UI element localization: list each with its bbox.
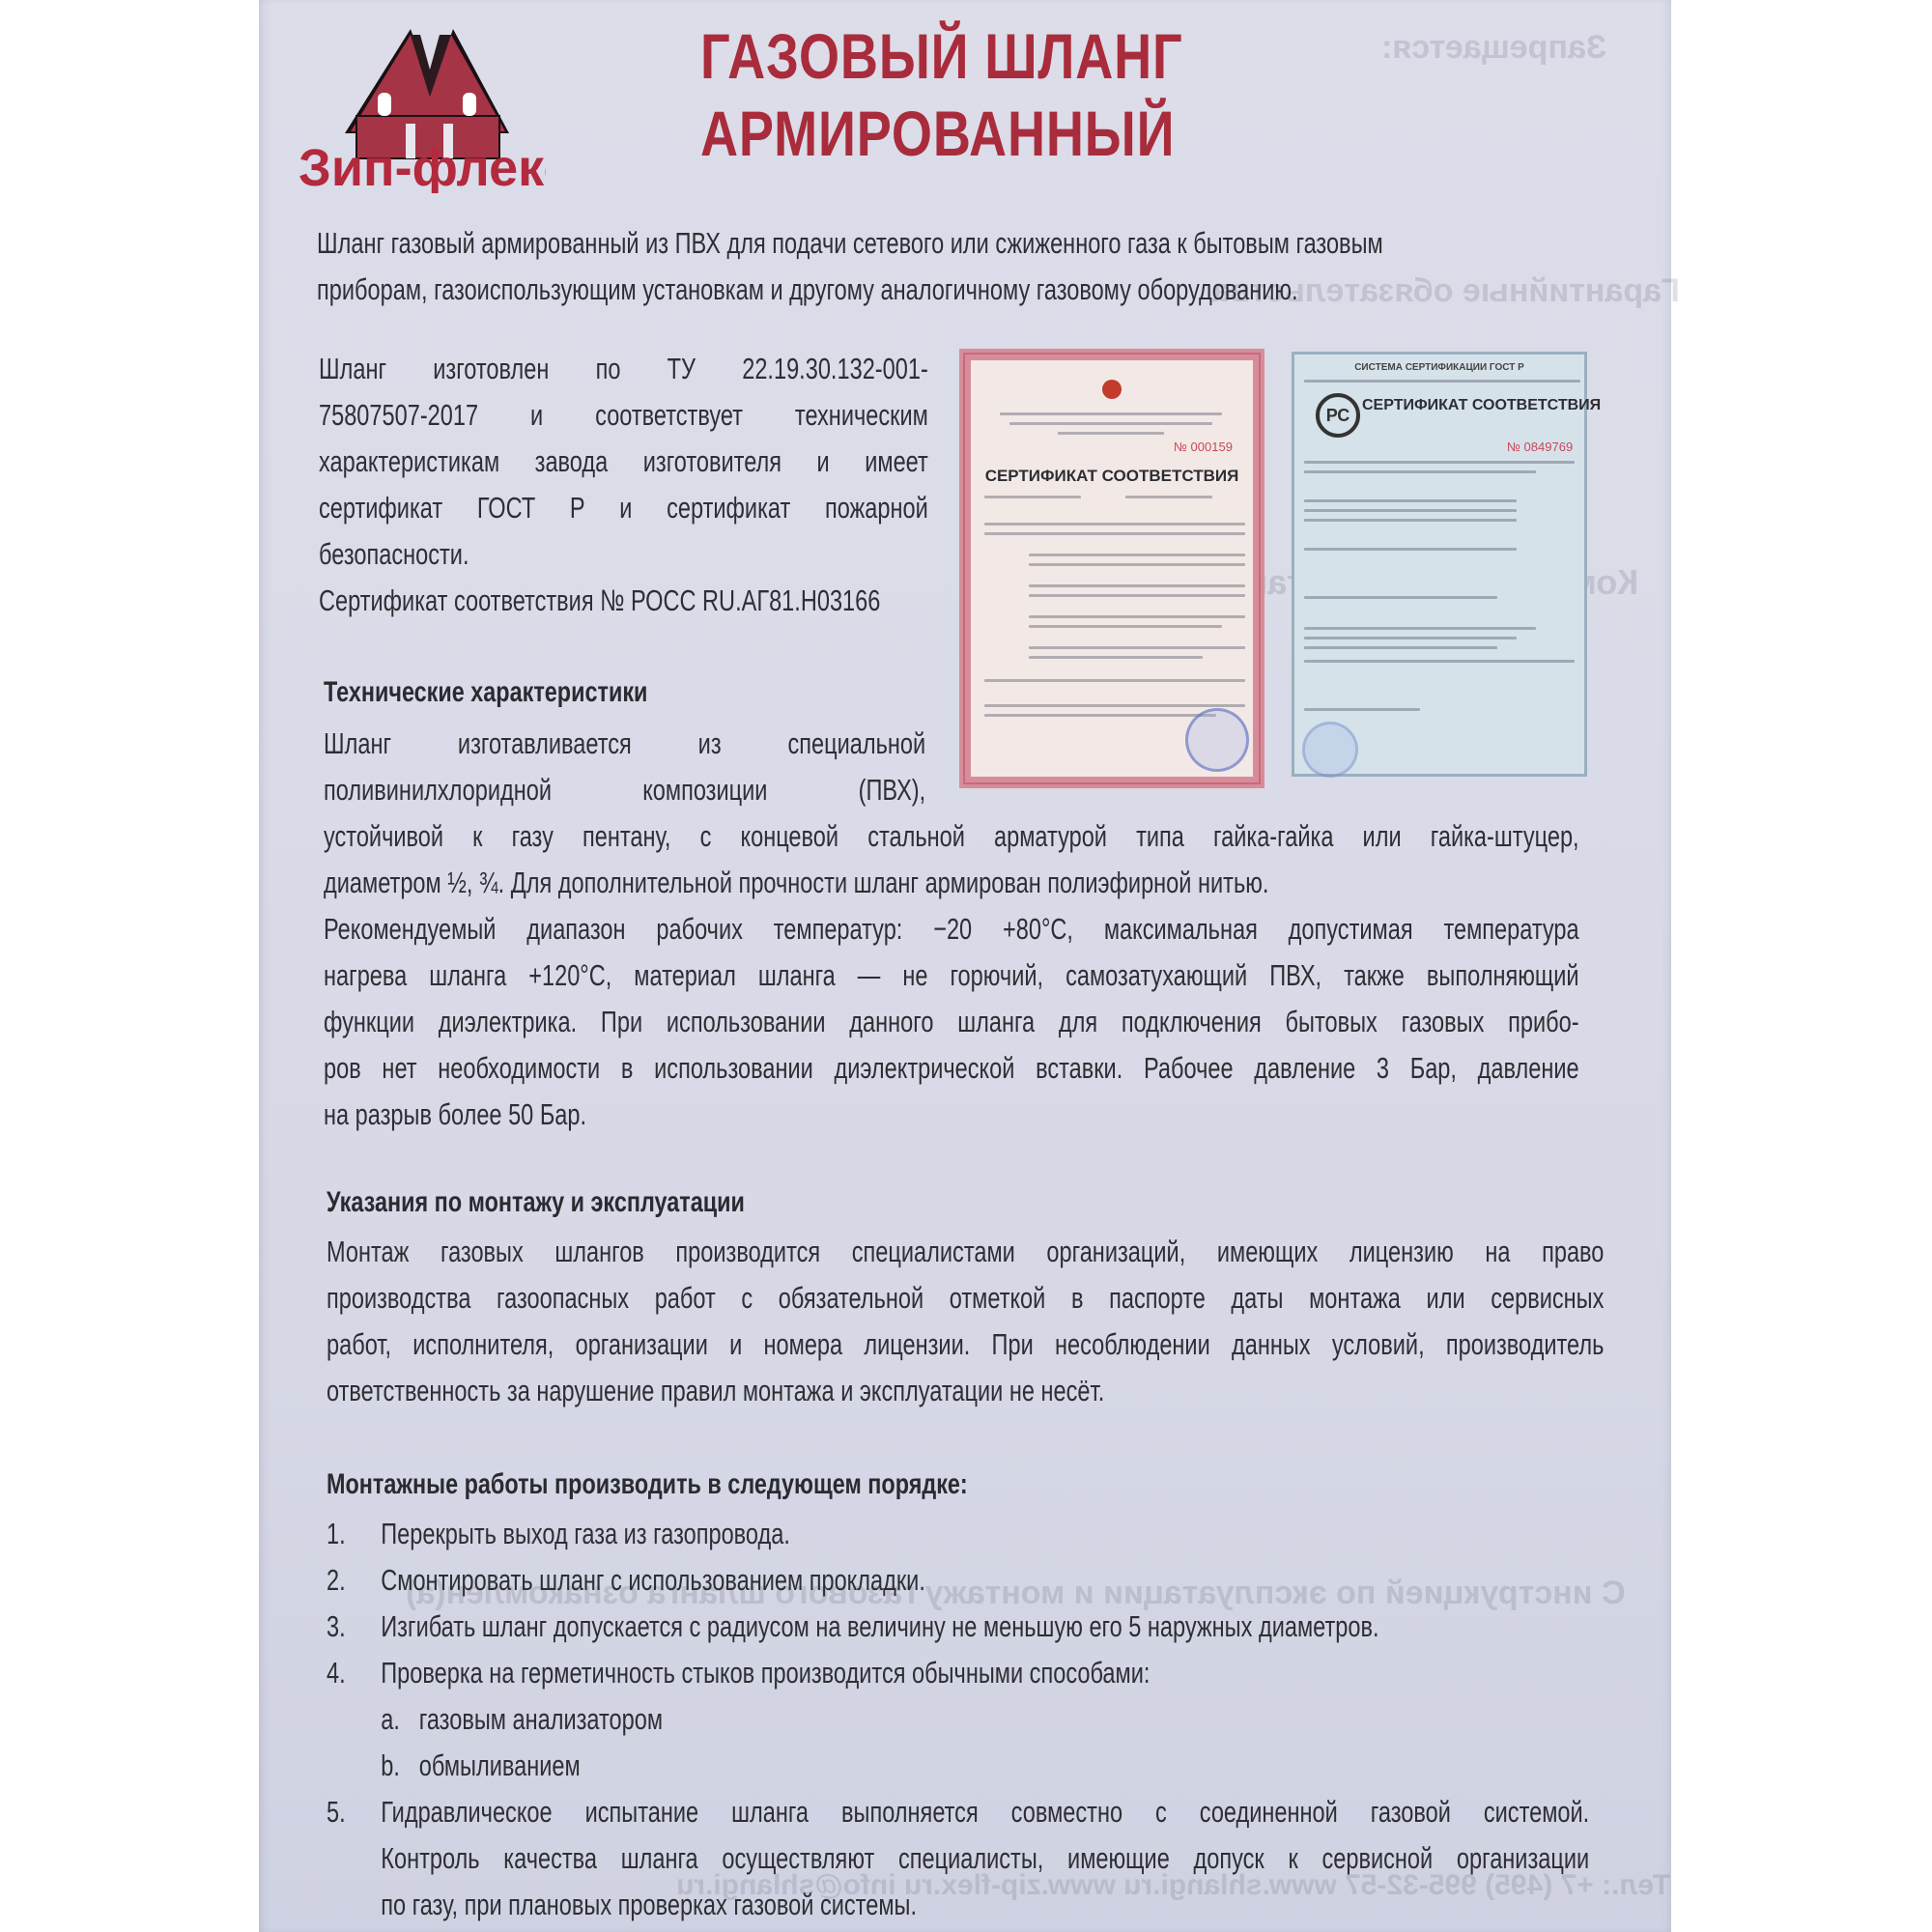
certificate-serial: № 0849769 xyxy=(1507,440,1573,454)
tech-line: Шланг изготавливается из специальной xyxy=(324,721,925,767)
brand-name: Зип-флекс xyxy=(298,139,546,193)
procedure-step-5: 5. Гидравлическое испытание шланга выпол… xyxy=(327,1789,1589,1928)
procedure-heading: Монтажные работы производить в следующем… xyxy=(327,1468,968,1501)
install-line: производства газоопасных работ с обязате… xyxy=(327,1275,1604,1321)
title-line-2: АРМИРОВАННЫЙ xyxy=(700,95,1183,172)
procedure-step: 2.Смонтировать шланг с использованием пр… xyxy=(327,1557,1932,1604)
tech-line: функции диэлектрика. При использовании д… xyxy=(324,999,1579,1045)
compliance-line: сертификат ГОСТ Р и сертификат пожарной xyxy=(319,485,928,531)
install-line: Монтаж газовых шлангов производится спец… xyxy=(327,1229,1604,1275)
title-line-1: ГАЗОВЫЙ ШЛАНГ xyxy=(700,17,1183,95)
certificate-serial: № 000159 xyxy=(1174,440,1233,454)
compliance-line: безопасности. xyxy=(319,531,928,578)
tech-line: диаметром ½, ¾. Для дополнительной прочн… xyxy=(324,860,1932,906)
compliance-line: 75807507-2017 и соответствует технически… xyxy=(319,392,928,439)
intro-paragraph: Шланг газовый армированный из ПВХ для по… xyxy=(317,220,1579,313)
procedure-step-line: по газу, при плановых проверках газовой … xyxy=(381,1882,1589,1928)
procedure-list: 1.Перекрыть выход газа из газопровода. 2… xyxy=(327,1511,1932,1928)
tech-line: поливинилхлоридной композиции (ПВХ), xyxy=(324,767,925,813)
intro-line: приборам, газоиспользующим установкам и … xyxy=(317,267,1579,313)
certificate-system-header: СИСТЕМА СЕРТИФИКАЦИИ ГОСТ Р xyxy=(1294,362,1584,373)
certificate-number: Сертификат соответствия № РОСС RU.АГ81.Н… xyxy=(319,578,928,624)
rst-mark-icon: РС xyxy=(1316,393,1360,438)
procedure-step-line: Гидравлическое испытание шланга выполняе… xyxy=(381,1789,1589,1835)
tech-line: на разрыв более 50 Бар. xyxy=(324,1092,1932,1138)
bleed-through-text: Запрещается: xyxy=(1381,29,1606,67)
certificate-title: СЕРТИФИКАТ СООТВЕТСТВИЯ xyxy=(971,467,1253,486)
tech-line: Рекомендуемый диапазон рабочих температу… xyxy=(324,906,1579,952)
zip-flex-logo: Зип-флекс xyxy=(285,19,546,193)
page-title: ГАЗОВЫЙ ШЛАНГ АРМИРОВАННЫЙ xyxy=(700,17,1183,172)
install-line: работ, исполнителя, организации и номера… xyxy=(327,1321,1604,1368)
emblem-icon xyxy=(1102,380,1122,399)
install-paragraph: Монтаж газовых шлангов производится спец… xyxy=(327,1229,1604,1414)
tech-line: ров нет необходимости в использовании ди… xyxy=(324,1045,1579,1092)
tech-heading: Технические характеристики xyxy=(324,676,647,709)
procedure-step: 4.Проверка на герметичность стыков произ… xyxy=(327,1650,1932,1696)
gost-r-certificate-image: СИСТЕМА СЕРТИФИКАЦИИ ГОСТ Р РС СЕРТИФИКА… xyxy=(1292,352,1587,777)
install-line: ответственность за нарушение правил монт… xyxy=(327,1368,1604,1414)
compliance-paragraph: Шланг изготовлен по ТУ 22.19.30.132-001-… xyxy=(319,346,928,624)
tech-paragraph: Шланг изготавливается из специальной пол… xyxy=(324,721,1932,1138)
tech-line: нагрева шланга +120°С, материал шланга —… xyxy=(324,952,1579,999)
procedure-substep: b.обмыливанием xyxy=(327,1743,1932,1789)
tech-line: устойчивой к газу пентану, с концевой ст… xyxy=(324,813,1579,860)
procedure-step-line: Контроль качества шланга осуществляют сп… xyxy=(381,1835,1589,1882)
procedure-step: 1.Перекрыть выход газа из газопровода. xyxy=(327,1511,1932,1557)
compliance-line: Шланг изготовлен по ТУ 22.19.30.132-001- xyxy=(319,346,928,392)
procedure-substep: a.газовым анализатором xyxy=(327,1696,1932,1743)
certificate-title: СЕРТИФИКАТ СООТВЕТСТВИЯ xyxy=(1362,397,1584,414)
procedure-step: 3.Изгибать шланг допускается с радиусом … xyxy=(327,1604,1932,1650)
intro-line: Шланг газовый армированный из ПВХ для по… xyxy=(317,220,1579,267)
install-heading: Указания по монтажу и эксплуатации xyxy=(327,1186,745,1219)
compliance-line: характеристикам завода изготовителя и им… xyxy=(319,439,928,485)
